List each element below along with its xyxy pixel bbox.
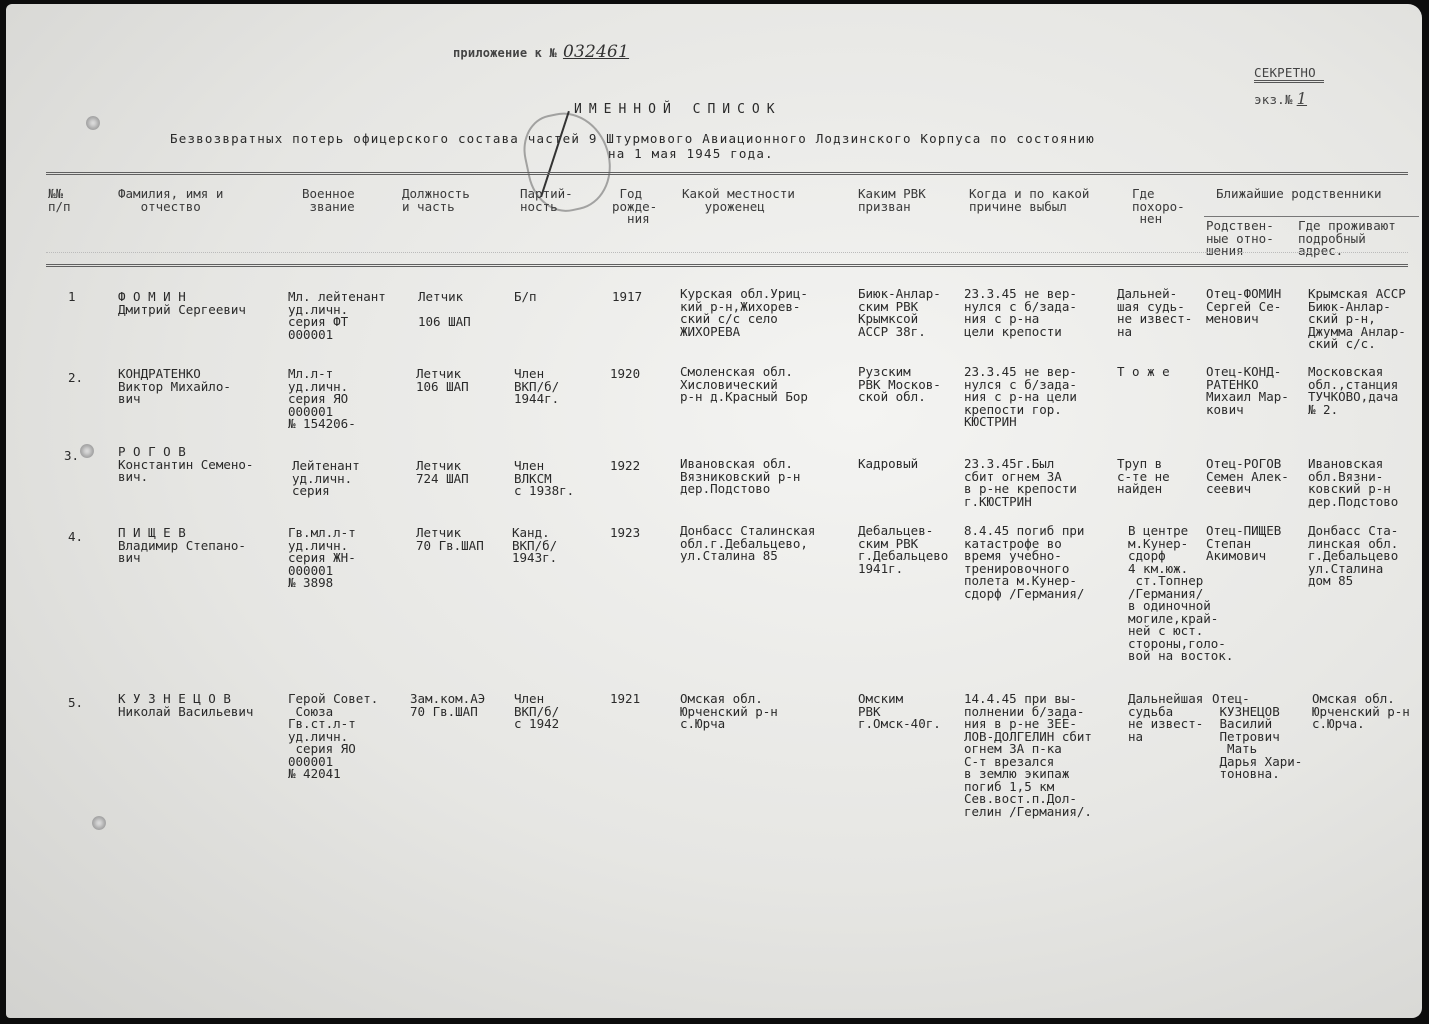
copy-number-value: 1 (1297, 89, 1307, 108)
row-birthplace: Донбасс Сталинская обл.г.Дебальцево, ул.… (680, 525, 815, 563)
col-header-birth-year: Год рожде- ния (612, 188, 657, 226)
row-num: 4. (68, 531, 83, 544)
row-party: Б/п (514, 291, 537, 304)
row-birthplace: Смоленская обл. Хисловический р-н д.Крас… (680, 366, 808, 404)
col-header-death: Когда и по какой причине выбыл (969, 188, 1089, 213)
row-death: 8.4.45 погиб при катастрофе во время уче… (964, 525, 1084, 600)
row-rank: Герой Совет. Союза Гв.ст.л-т уд.личн. се… (288, 693, 378, 781)
row-name: П И Щ Е В Владимир Степано- вич (118, 527, 246, 565)
row-num: 5. (68, 697, 83, 710)
col-header-rvk: Каким РВК призван (858, 188, 926, 213)
col-header-relatives: Ближайшие родственники (1216, 188, 1382, 201)
document-title: ИМЕННОЙ СПИСОК (574, 104, 782, 116)
row-rvk: Рузским РВК Москов- ской обл. (858, 366, 941, 404)
col-header-position: Должность и часть (402, 188, 470, 213)
row-relation: Отец- КУЗНЕЦОВ Василий Петрович Мать Дар… (1212, 693, 1302, 781)
row-relation: Отец-ФОМИН Сергей Се- менович (1206, 288, 1281, 326)
row-num: 2. (68, 372, 83, 385)
punch-hole (92, 816, 106, 830)
appendix-label: приложение к № (453, 46, 557, 60)
row-address: Ивановская обл.Вязни- ковский р-н дер.По… (1308, 458, 1398, 508)
row-birthplace: Ивановская обл. Вязниковский р-н дер.Под… (680, 458, 800, 496)
row-burial: Дальнейшая судьба не извест- на (1128, 693, 1203, 743)
header-bottom-rule (46, 264, 1408, 267)
row-rank: Мл. лейтенант уд.личн. серия ФТ 000001 (288, 291, 386, 341)
punch-hole (80, 444, 94, 458)
row-party: Член ВЛКСМ с 1938г. (514, 460, 574, 498)
row-num: 1 (68, 291, 76, 304)
copy-number: экз.№1 (1254, 93, 1307, 106)
copy-label: экз.№ (1254, 92, 1293, 107)
row-birth-year: 1921 (610, 693, 640, 706)
col-header-num: №№ п/п (48, 188, 71, 213)
row-position: Летчик 106 ШАП (416, 368, 469, 393)
row-birth-year: 1917 (612, 291, 642, 304)
classification-underline (1254, 80, 1324, 83)
row-relation: Отец-КОНД- РАТЕНКО Михаил Мар- кович (1206, 366, 1289, 416)
appendix-number: 032461 (563, 42, 629, 62)
punch-hole (86, 116, 100, 130)
row-name: К У З Н Е Ц О В Николай Васильевич (118, 693, 253, 718)
row-party: Канд. ВКП/б/ 1943г. (512, 527, 557, 565)
appendix-reference: приложение к №032461 (453, 46, 629, 59)
row-position: Зам.ком.АЭ 70 Гв.ШАП (410, 693, 485, 718)
col-header-party: Партий- ность (520, 188, 573, 213)
row-address: Московская обл.,станция ТУЧКОВО,дача № 2… (1308, 366, 1398, 416)
header-top-rule (46, 172, 1408, 175)
row-relation: Отец-РОГОВ Семен Алек- сеевич (1206, 458, 1289, 496)
row-rank: Мл.л-т уд.личн. серия ЯО 000001 № 154206… (288, 368, 356, 431)
row-name: Р О Г О В Константин Семено- вич. (118, 446, 253, 484)
row-birth-year: 1920 (610, 368, 640, 381)
row-address: Крымская АССР Биюк-Анлар- ский р-н, Джум… (1308, 288, 1406, 351)
row-position: Летчик 70 Гв.ШАП (416, 527, 484, 552)
row-rvk: Омским РВК г.Омск-40г. (858, 693, 941, 731)
row-death: 23.3.45г.Был сбит огнем ЗА в р-не крепос… (964, 458, 1077, 508)
row-rvk: Кадровый (858, 458, 918, 471)
row-address: Донбасс Ста- линская обл. г.Дебальцево у… (1308, 525, 1398, 588)
row-burial: Дальней- шая судь- не извест- на (1117, 288, 1192, 338)
row-position: Летчик 106 ШАП (418, 291, 471, 329)
row-relation: Отец-ПИЩЕВ Степан Акимович (1206, 525, 1281, 563)
row-num: 3. (64, 450, 79, 463)
relatives-divider (1204, 216, 1419, 217)
row-rvk: Биюк-Анлар- ским РВК Крымксой АССР 38г. (858, 288, 941, 338)
row-death: 23.3.45 не вер- нулся с б/зада- ния с р-… (964, 288, 1077, 338)
row-burial: Т о ж е (1117, 366, 1170, 379)
header-dotted-line (46, 252, 1408, 253)
row-birth-year: 1923 (610, 527, 640, 540)
row-rvk: Дебальцев- ским РВК г.Дебальцево 1941г. (858, 525, 948, 575)
row-party: Член ВКП/б/ с 1942 (514, 693, 559, 731)
row-birthplace: Омская обл. Юрченский р-н с.Юрча (680, 693, 778, 731)
document-page: приложение к №032461 СЕКРЕТНО экз.№1 ИМЕ… (6, 4, 1422, 1018)
row-rank: Гв.мл.л-т уд.личн. серия ЖН- 000001 № 38… (288, 527, 356, 590)
row-address: Омская обл. Юрченский р-н с.Юрча. (1312, 693, 1410, 731)
row-death: 23.3.45 не вер- нулся с б/зада- ния с р-… (964, 366, 1077, 429)
col-header-burial: Где похоро- нен (1132, 188, 1185, 226)
row-birthplace: Курская обл.Уриц- кий р-н,Жихорев- ский … (680, 288, 808, 338)
col-header-rank: Военное звание (302, 188, 355, 213)
row-burial: Труп в с-те не найден (1117, 458, 1170, 496)
col-header-birthplace: Какой местности уроженец (682, 188, 795, 213)
row-position: Летчик 724 ШАП (416, 460, 469, 485)
col-header-name: Фамилия, имя и отчество (118, 188, 223, 213)
row-party: Член ВКП/б/ 1944г. (514, 368, 559, 406)
row-rank: Лейтенант уд.личн. серия (292, 460, 360, 498)
row-death: 14.4.45 при вы- полнении б/зада- ния в р… (964, 693, 1092, 818)
row-birth-year: 1922 (610, 460, 640, 473)
document-date: на 1 мая 1945 года. (608, 148, 774, 160)
classification-label: СЕКРЕТНО (1254, 67, 1316, 79)
row-name: Ф О М И Н Дмитрий Сергеевич (118, 291, 246, 316)
row-name: КОНДРАТЕНКО Виктор Михайло- вич (118, 368, 231, 406)
document-subtitle: Безвозвратных потерь офицерского состава… (170, 133, 1095, 145)
